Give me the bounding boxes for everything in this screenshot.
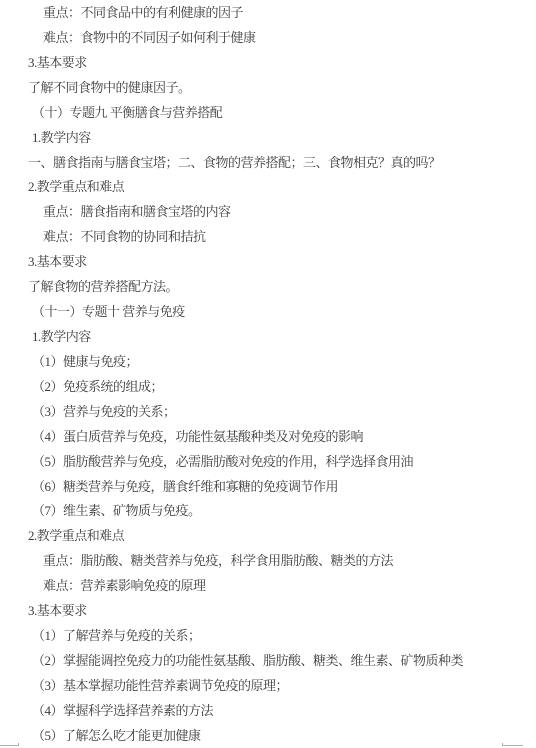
text-line: （6）糖类营养与免疫，膳食纤维和寡糖的免疫调节作用 [0, 475, 536, 500]
text-line: 重点：不同食品中的有利健康的因子 [0, 1, 536, 26]
text-line: 了解食物的营养搭配方法。 [0, 275, 536, 300]
text-line: 1.教学内容 [0, 325, 536, 350]
text-line: （1）健康与免疫； [0, 350, 536, 375]
text-line: （7）维生素、矿物质与免疫。 [0, 499, 536, 524]
text-line: 2.教学重点和难点 [0, 524, 536, 549]
text-line: 1.教学内容 [0, 126, 536, 151]
text-line: 难点：食物中的不同因子如何利于健康 [0, 26, 536, 51]
text-line: 3.基本要求 [0, 250, 536, 275]
document-body: 重点：不同食品中的有利健康的因子难点：食物中的不同因子如何利于健康3.基本要求了… [0, 1, 536, 748]
text-line: 一、膳食指南与膳食宝塔；二、食物的营养搭配；三、食物相克？真的吗？ [0, 151, 536, 176]
bottom-right-border-fragment [502, 745, 523, 746]
text-line: 重点：膳食指南和膳食宝塔的内容 [0, 200, 536, 225]
text-line: （3）基本掌握功能性营养素调节免疫的原理； [0, 674, 536, 699]
text-line: （4）掌握科学选择营养素的方法 [0, 699, 536, 724]
text-line: （2）掌握能调控免疫力的功能性氨基酸、脂肪酸、糖类、维生素、矿物质种类 [0, 649, 536, 674]
bottom-right-border-tick [502, 743, 503, 746]
text-line: （十一）专题十 营养与免疫 [0, 300, 536, 325]
text-line: 2.教学重点和难点 [0, 175, 536, 200]
bottom-left-border-tick [18, 743, 19, 746]
text-line: 难点：营养素影响免疫的原理 [0, 574, 536, 599]
text-line: 重点：脂肪酸、糖类营养与免疫，科学食用脂肪酸、糖类的方法 [0, 549, 536, 574]
text-line: 3.基本要求 [0, 599, 536, 624]
text-line: （4）蛋白质营养与免疫，功能性氨基酸种类及对免疫的影响 [0, 425, 536, 450]
text-line: （5）了解怎么吃才能更加健康 [0, 724, 536, 748]
text-line: （十）专题九 平衡膳食与营养搭配 [0, 101, 536, 126]
text-line: （3）营养与免疫的关系； [0, 400, 536, 425]
text-line: （2）免疫系统的组成； [0, 375, 536, 400]
text-line: 3.基本要求 [0, 51, 536, 76]
bottom-left-border-fragment [0, 745, 19, 746]
text-line: 了解不同食物中的健康因子。 [0, 76, 536, 101]
text-line: 难点：不同食物的协同和拮抗 [0, 225, 536, 250]
text-line: （1）了解营养与免疫的关系； [0, 624, 536, 649]
text-line: （5）脂肪酸营养与免疫，必需脂肪酸对免疫的作用，科学选择食用油 [0, 450, 536, 475]
